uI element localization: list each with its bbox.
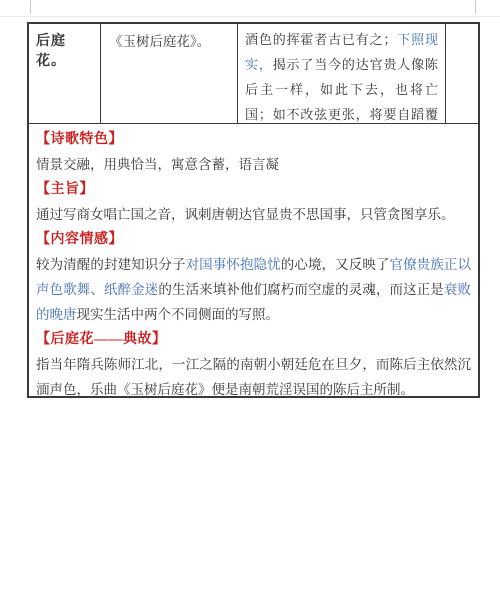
section-paragraph-content-emotion: 较为清醒的封建知识分子对国事怀抱隐忧的心境，又反映了官僚贵族正以声色歌舞、纸醉金… — [36, 252, 471, 327]
cell-empty — [445, 24, 478, 123]
text-segment-black: 酒色的挥霍者古已有之； — [245, 32, 396, 47]
text-segment-black: 较为清醒的封建知识分子 — [36, 257, 186, 272]
text-segment-black: 的生活来填补他们腐朽而空虚的灵魂，而这正是 — [158, 282, 444, 297]
text-segment-black: 现实生活中两个不同侧面的写照。 — [77, 307, 280, 322]
text-segment-black: 情景交融，用典恰当，寓意含蓄，语言凝 — [36, 157, 279, 172]
notes-table: 后庭花。 《玉树后庭花》。 酒色的挥霍者古已有之；下照现实，揭示了当今的达官贵人… — [27, 22, 480, 398]
section-content-emotion: 【内容情感】 较为清醒的封建知识分子对国事怀抱隐忧的心境，又反映了官僚贵族正以声… — [36, 227, 471, 327]
section-paragraph-allusion: 指当年隋兵陈师江北，一江之隔的南朝小朝廷危在旦夕，而陈后主依然沉湎声色，乐曲《玉… — [36, 352, 471, 397]
cell-song-title: 后庭花。 — [29, 24, 100, 123]
cell-analysis-text: 酒色的挥霍者古已有之；下照现实，揭示了当今的达官贵人像陈后主一样，如此下去，也将… — [237, 24, 445, 123]
section-heading-poetry-features: 【诗歌特色】 — [36, 127, 471, 152]
text-segment-black: 的心境，又反映了 — [281, 257, 390, 272]
right-margin-mark — [475, 0, 476, 14]
section-heading-theme: 【主旨】 — [36, 177, 471, 202]
document-page: 后庭花。 《玉树后庭花》。 酒色的挥霍者古已有之；下照现实，揭示了当今的达官贵人… — [0, 0, 500, 596]
page-edge-line — [0, 16, 500, 17]
left-margin-mark — [30, 0, 31, 14]
text-segment-blue: 对国事怀抱隐忧 — [186, 257, 281, 272]
text-segment-black: 指当年隋兵陈师江北，一江之隔的南朝小朝廷危在旦夕，而陈后主依然沉湎声色，乐曲《玉… — [36, 357, 471, 397]
section-allusion: 【后庭花——典故】 指当年隋兵陈师江北，一江之隔的南朝小朝廷危在旦夕，而陈后主依… — [36, 327, 471, 397]
text-segment-black: 揭示了当今的达官贵人像陈后主一样，如此下去，也将亡国；如不改弦更张，将要自蹈覆辙… — [245, 57, 438, 123]
table-row: 后庭花。 《玉树后庭花》。 酒色的挥霍者古已有之；下照现实，揭示了当今的达官贵人… — [29, 24, 478, 124]
section-theme: 【主旨】 通过写商女唱亡国之音，讽刺唐朝达官显贵不思国事，只管贪图享乐。 — [36, 177, 471, 227]
section-paragraph-poetry-features: 情景交融，用典恰当，寓意含蓄，语言凝 — [36, 152, 471, 177]
section-poetry-features: 【诗歌特色】 情景交融，用典恰当，寓意含蓄，语言凝 — [36, 127, 471, 177]
text-segment-black: 通过写商女唱亡国之音，讽刺唐朝达官显贵不思国事，只管贪图享乐。 — [36, 207, 455, 222]
section-paragraph-theme: 通过写商女唱亡国之音，讽刺唐朝达官显贵不思国事，只管贪图享乐。 — [36, 202, 471, 227]
section-heading-content-emotion: 【内容情感】 — [36, 227, 471, 252]
sections-cell: 【诗歌特色】 情景交融，用典恰当，寓意含蓄，语言凝 【主旨】 通过写商女唱亡国之… — [29, 124, 478, 397]
cell-work-title: 《玉树后庭花》。 — [100, 24, 237, 123]
section-heading-allusion: 【后庭花——典故】 — [36, 327, 471, 352]
